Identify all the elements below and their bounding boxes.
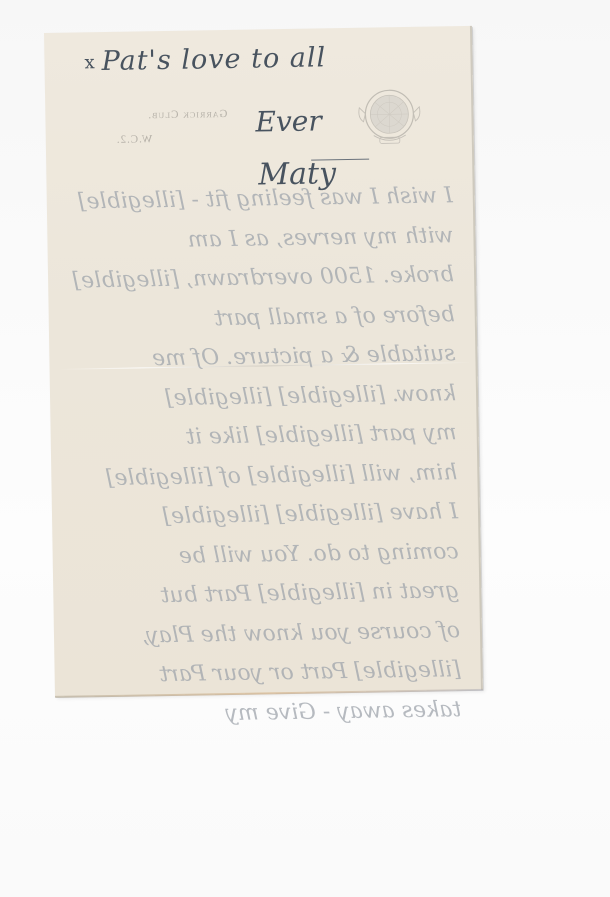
bleed-line: broke. 1500 overdrawn, [illegible] [70,255,461,301]
bleed-line: with my nerves, as I am [69,216,460,262]
reverse-side-bleed-through-text: I wish I was feeling fit - [illegible] w… [68,176,467,735]
letterhead-club-name: Garrick Club. [107,108,227,122]
bleed-line: coming to do. You will be [74,532,465,578]
bleed-line: him, will [illegible] of [illegible] [73,453,464,499]
club-crest-icon [353,83,426,150]
letterhead-postal-district: W.C.2. [108,132,228,146]
closing-word: Ever [255,104,322,138]
letter-sheet: Garrick Club. W.C.2. I wish I was feelin… [44,26,483,697]
postscript-line: xPat's love to all [84,42,326,77]
bleed-line: of course you know the Play, [76,611,467,657]
bleed-line: my part [illegible] like it [72,413,463,459]
bleed-line: suitable & a picture. Of me [71,334,462,380]
signature: Maty [258,156,336,192]
postscript-text: Pat's love to all [101,42,326,77]
bleed-line: I have [illegible] [illegible] [74,492,465,538]
postscript-cross-mark: x [84,52,96,73]
letterhead-show-through: Garrick Club. W.C.2. [107,108,228,146]
bleed-line: great in [illegible] Part but [75,571,466,617]
bleed-line: before of a small part [70,295,461,341]
bleed-line: know. [illegible] [illegible] [72,374,463,420]
